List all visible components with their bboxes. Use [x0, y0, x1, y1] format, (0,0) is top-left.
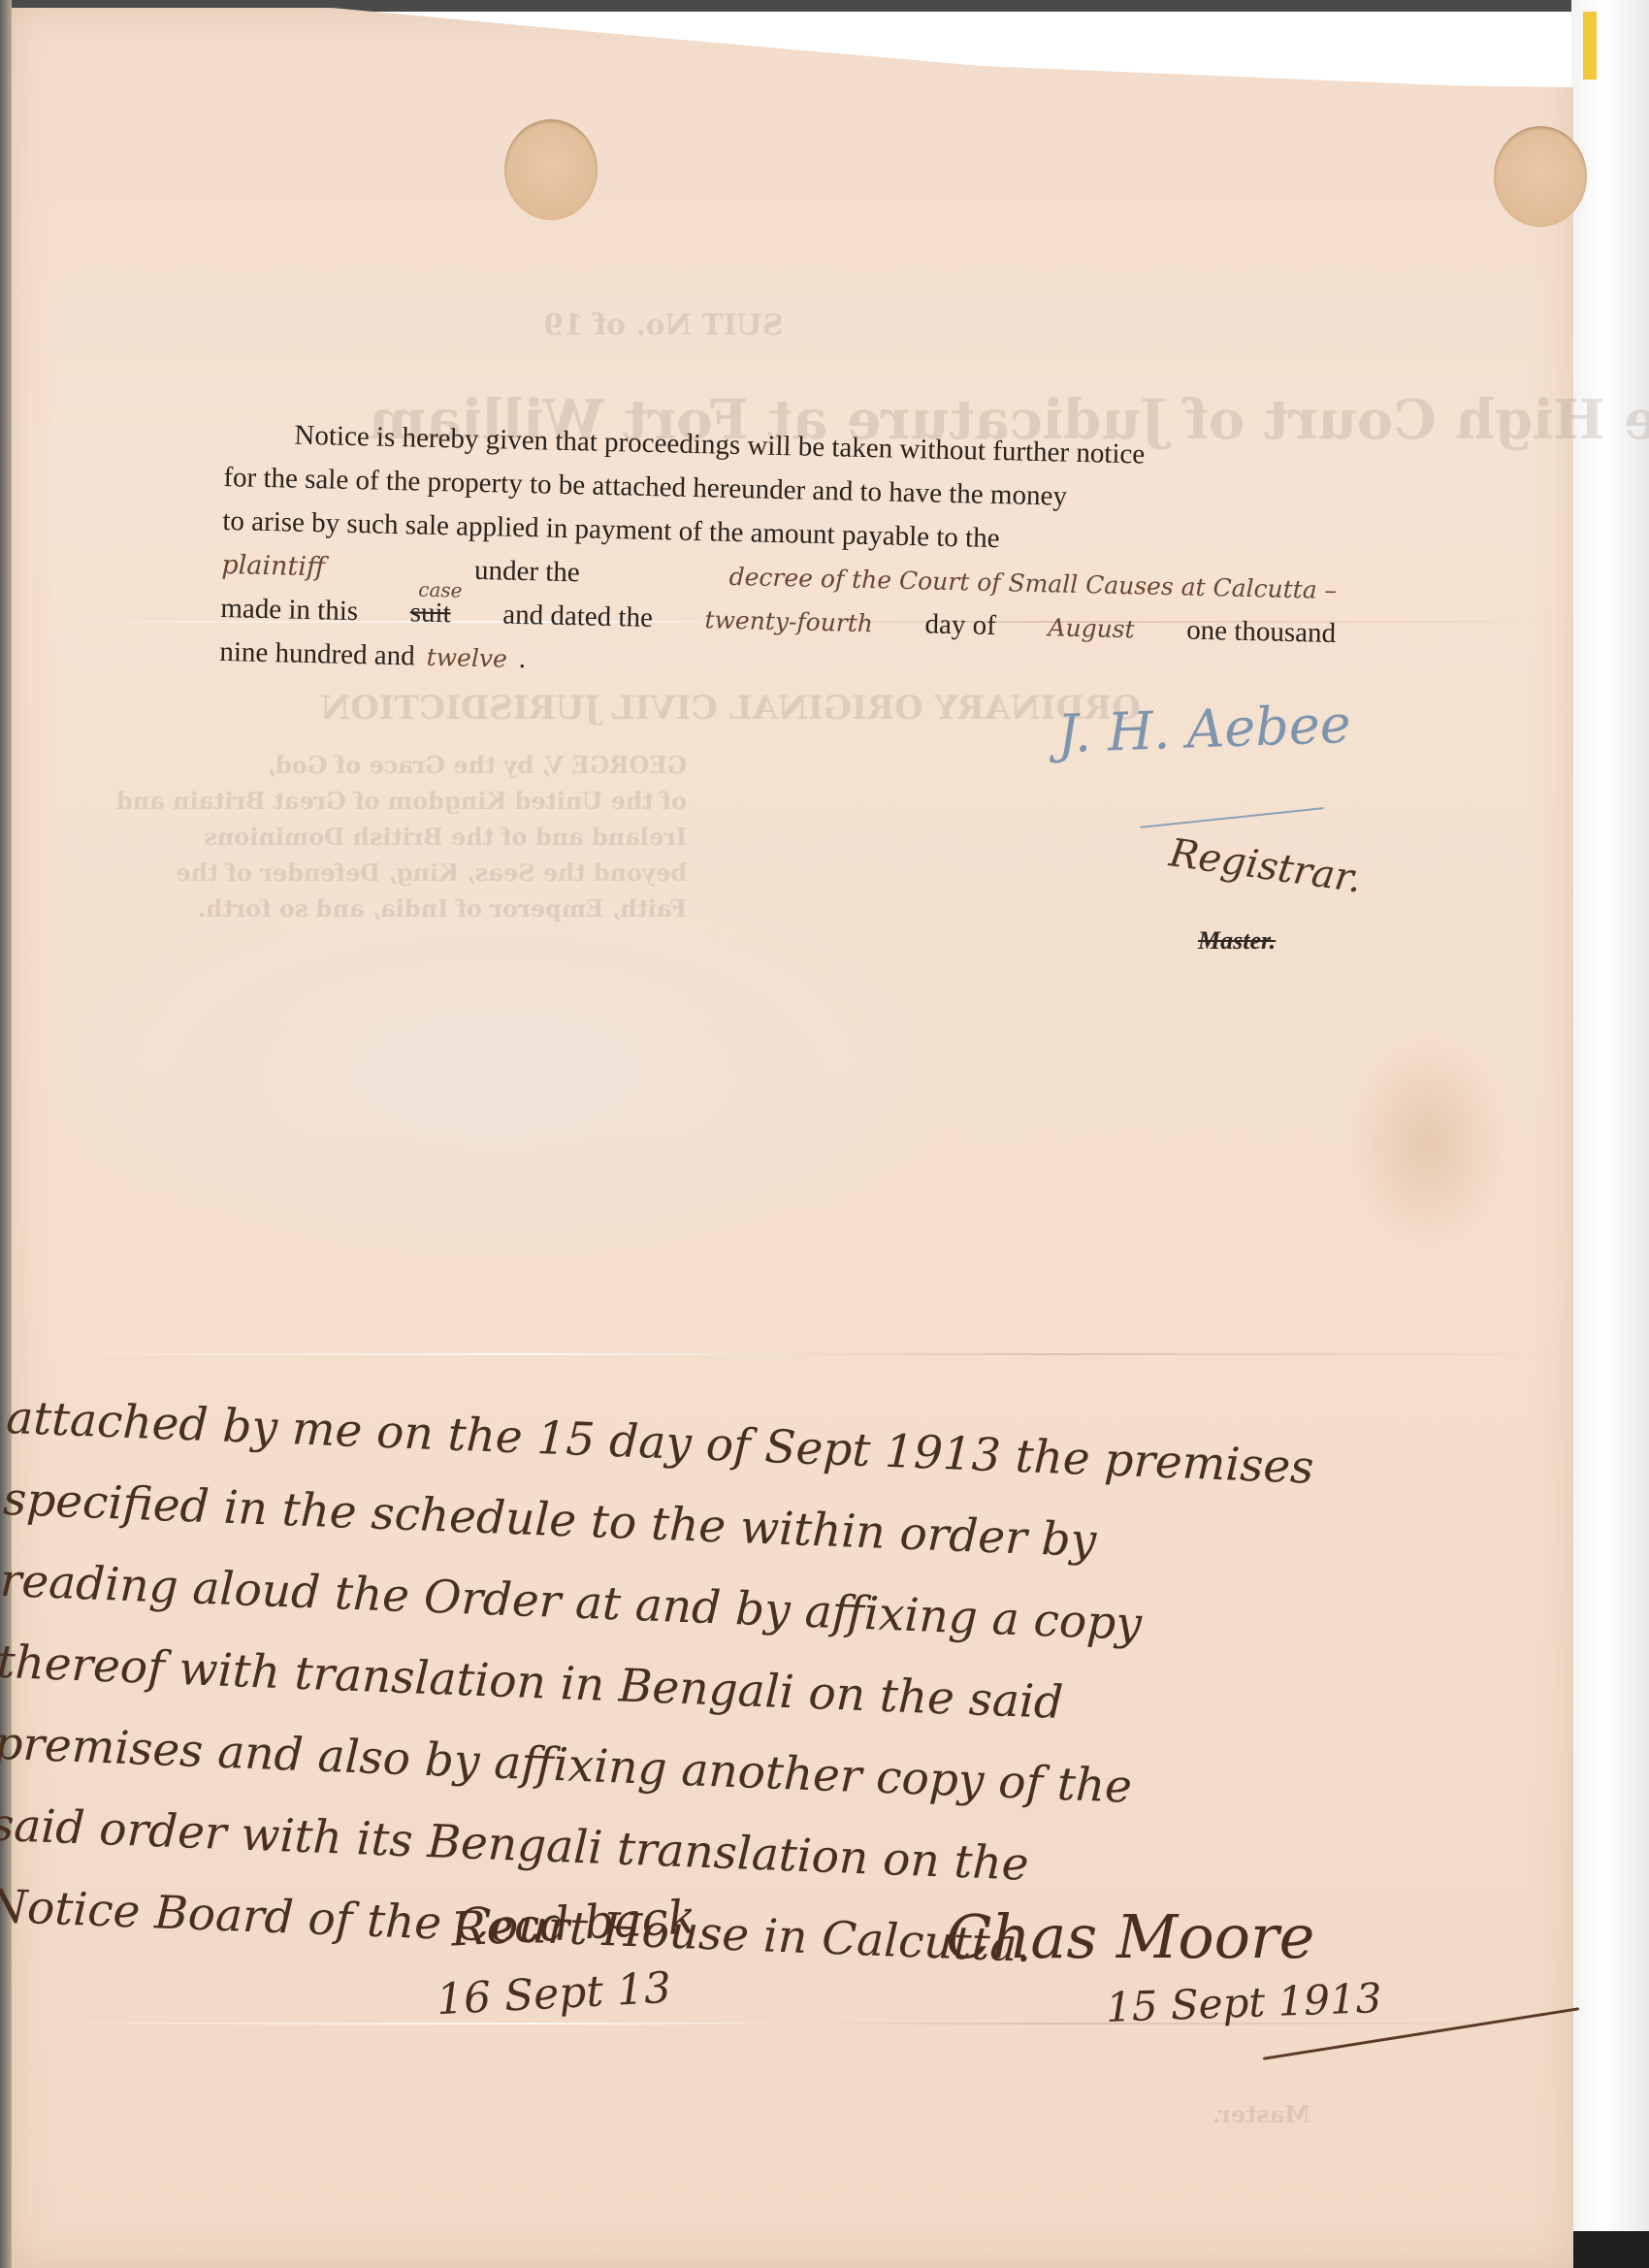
scanner-right-margin — [1571, 0, 1649, 2268]
handwritten-case: case — [418, 568, 463, 613]
punch-hole-left — [504, 119, 598, 220]
handwritten-month: August — [1048, 605, 1135, 651]
ghost-suit-no: SUIT No. of 19 — [543, 308, 784, 342]
bailiff-signature-date: 15 Sept 1913 — [1105, 1974, 1382, 2031]
ghost-proclamation: GEORGE V, by the Grace of God, of the Un… — [116, 747, 687, 926]
ghost-jurisdiction: ORDINARY ORIGINAL CIVIL JURISDICTION — [320, 689, 1141, 728]
master-title-struck: Master. — [1198, 926, 1276, 956]
handwritten-day: twenty-fourth — [704, 598, 873, 645]
scanner-bottom-corner — [1571, 2231, 1649, 2268]
handwritten-year: twelve — [426, 635, 507, 681]
registrar-signature: J. H. Aebee — [1056, 694, 1352, 765]
bailiff-return-text: attached by me on the 15 day of Sept 191… — [0, 1377, 1578, 2008]
punch-hole-right — [1494, 126, 1587, 227]
bailiff-signature: Chas Moore — [946, 1901, 1314, 1972]
notice-paragraph: Notice is hereby given that proceedings … — [219, 412, 1341, 699]
yellow-marker-strip — [1583, 12, 1597, 80]
paper-fold — [12, 1353, 1573, 1355]
ghost-master-label: Master. — [1212, 2100, 1310, 2128]
handwritten-plaintiff: plaintiff — [221, 543, 326, 589]
